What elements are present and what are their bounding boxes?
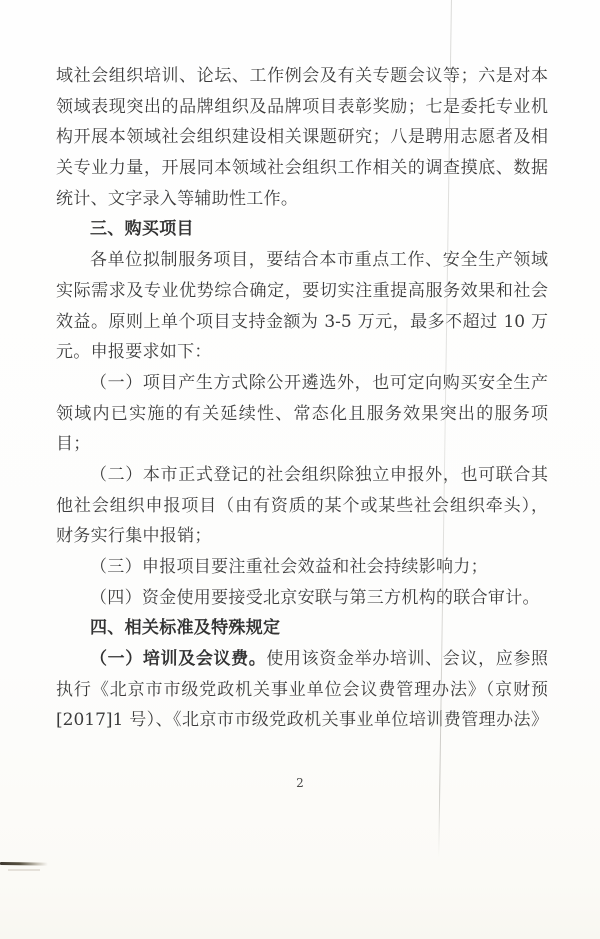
body-text-line: 效益。原则上单个项目支持金额为 3-5 万元，最多不超过 10 万	[56, 307, 548, 338]
page-number: 2	[0, 776, 600, 790]
list-item-1-line: 目；	[56, 429, 548, 460]
list-item-4-line: （四）资金使用要接受北京安联与第三方机构的联合审计。	[56, 583, 548, 614]
training-fee-line: （一）培训及会议费。使用该资金举办培训、会议，应参照	[56, 644, 548, 675]
body-text-line: 统计、文字录入等辅助性工作。	[56, 184, 548, 215]
list-item-3-line: （三）申报项目要注重社会效益和社会持续影响力；	[56, 552, 548, 583]
body-text-line: 构开展本领域社会组织建设相关课题研究；八是聘用志愿者及相	[56, 122, 548, 153]
heading-section-4-standards: 四、相关标准及特殊规定	[56, 613, 548, 644]
document-body: 域社会组织培训、论坛、工作例会及有关专题会议等；六是对本 领域表现突出的品牌组织…	[56, 61, 548, 736]
body-text-line: 关专业力量，开展同本领域社会组织工作相关的调查摸底、数据	[56, 153, 548, 184]
body-text-line: [2017]1 号）、《北京市市级党政机关事业单位培训费管理办法》	[56, 705, 548, 736]
scanned-document-page: 域社会组织培训、论坛、工作例会及有关专题会议等；六是对本 领域表现突出的品牌组织…	[0, 0, 600, 939]
list-item-1-line: 领域内已实施的有关延续性、常态化且服务效果突出的服务项	[56, 399, 548, 430]
body-text-line: 领域表现突出的品牌组织及品牌项目表彰奖励；七是委托专业机	[56, 92, 548, 123]
scan-edge-smudge-artifact	[8, 869, 40, 871]
subheading-training-meeting-fees: （一）培训及会议费。	[90, 649, 266, 669]
body-text-line: 实际需求及专业优势综合确定，要切实注重提高服务效果和社会	[56, 276, 548, 307]
list-item-1-line: （一）项目产生方式除公开遴选外，也可定向购买安全生产	[56, 368, 548, 399]
scan-edge-mark-artifact	[0, 862, 48, 866]
list-item-2-line: （二）本市正式登记的社会组织除独立申报外，也可联合其	[56, 460, 548, 491]
heading-section-3-purchase-projects: 三、购买项目	[56, 214, 548, 245]
body-text-line: 域社会组织培训、论坛、工作例会及有关专题会议等；六是对本	[56, 61, 548, 92]
body-text-line: 各单位拟制服务项目，要结合本市重点工作、安全生产领域	[56, 245, 548, 276]
list-item-2-line: 他社会组织申报项目（由有资质的某个或某些社会组织牵头），	[56, 491, 548, 522]
body-text: 使用该资金举办培训、会议，应参照	[266, 649, 548, 669]
body-text-line: 元。申报要求如下：	[56, 337, 548, 368]
list-item-2-line: 财务实行集中报销；	[56, 521, 548, 552]
body-text-line: 执行《北京市市级党政机关事业单位会议费管理办法》（京财预	[56, 675, 548, 706]
